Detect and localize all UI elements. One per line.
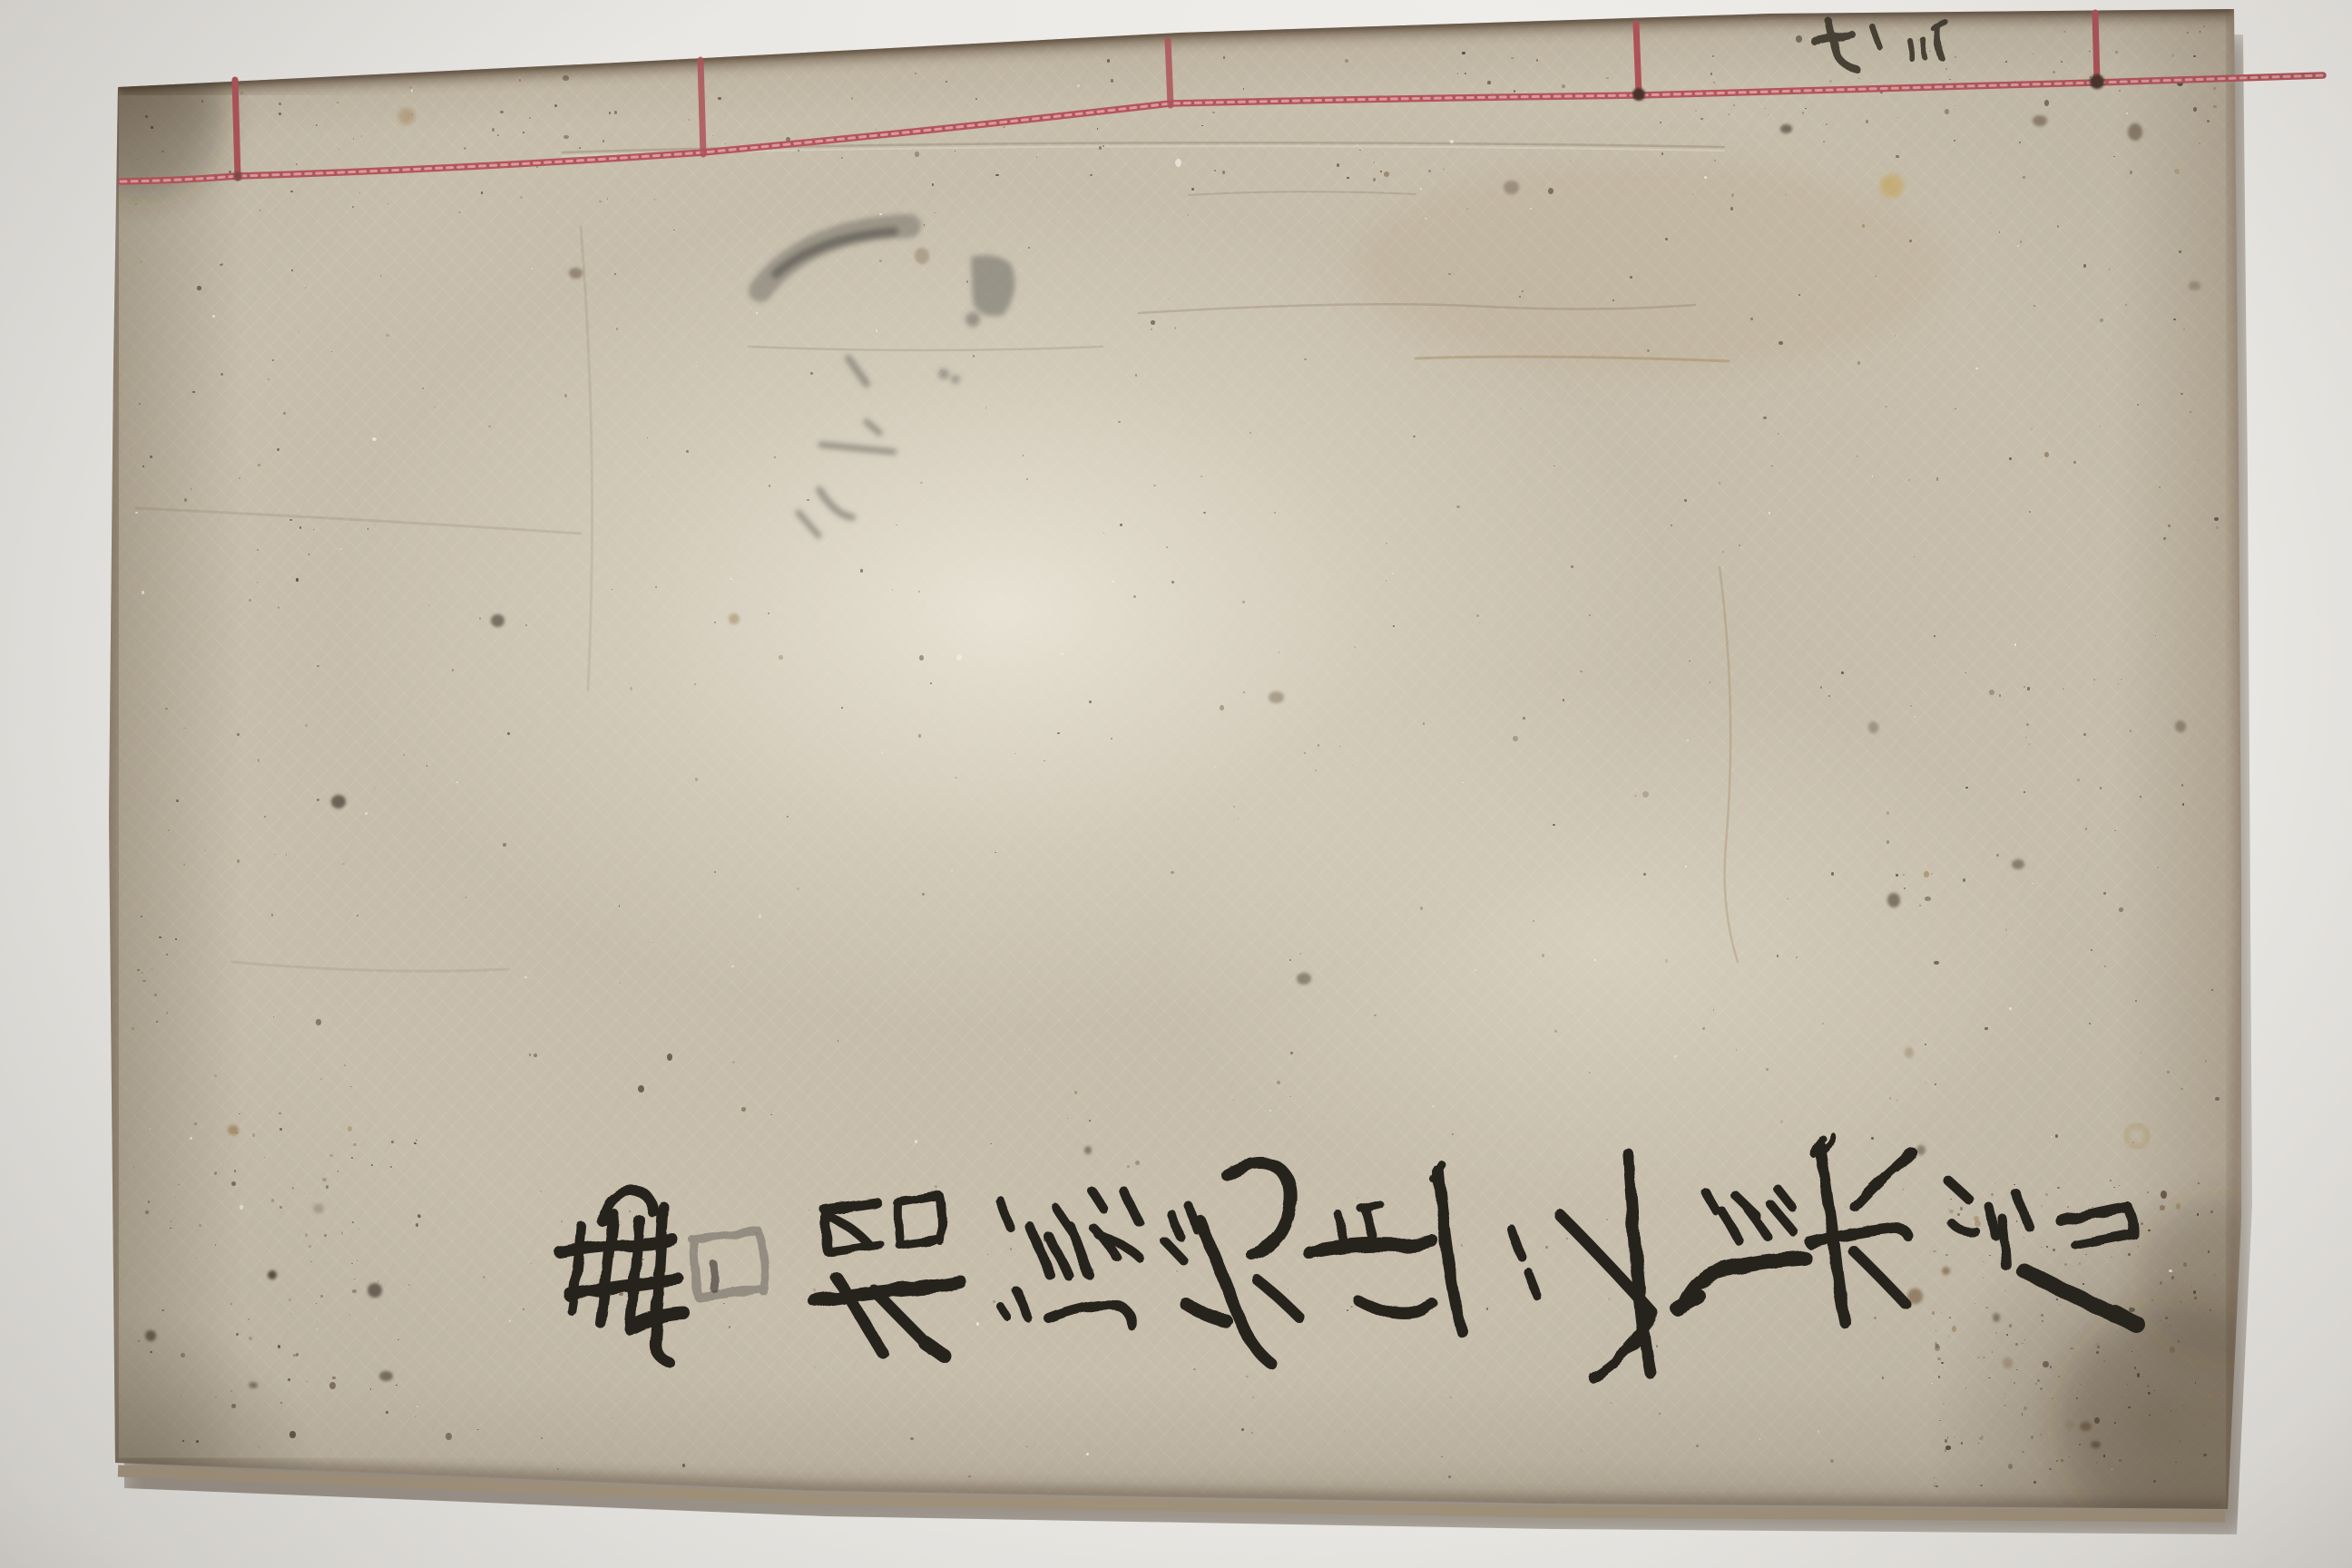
photo-stage: 曺梧溪先生文集序 七三 (0, 0, 2352, 1568)
book-cover (107, 7, 2241, 1514)
paper-speckles (107, 7, 2241, 1514)
